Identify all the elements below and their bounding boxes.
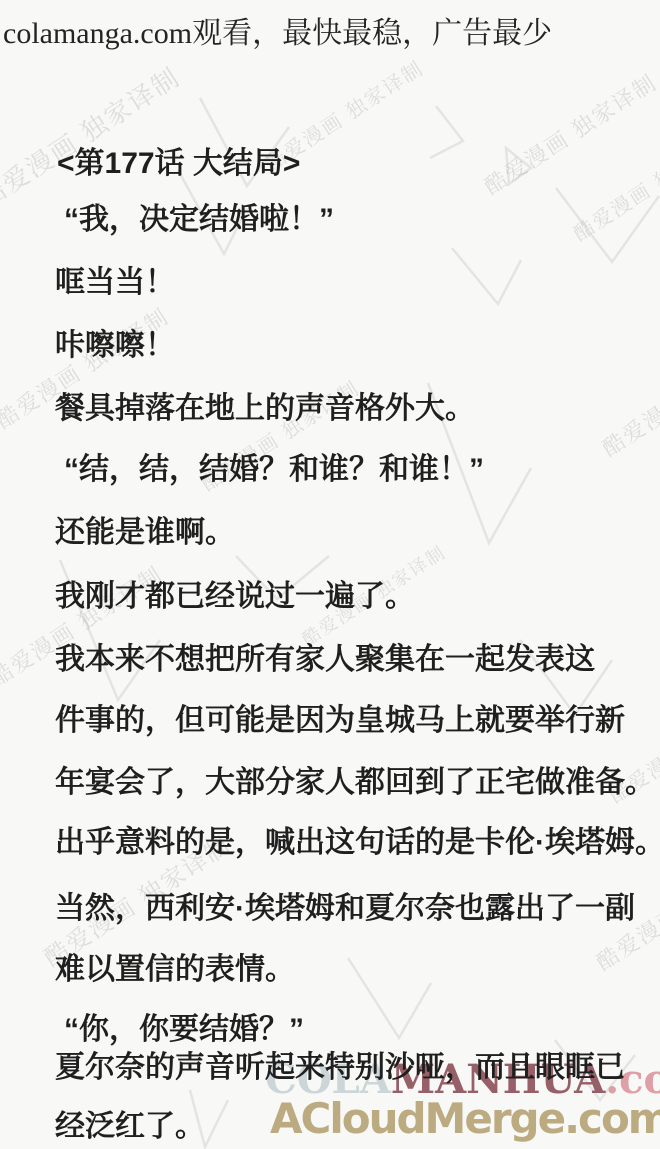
acloudmerge-watermark: ACloudMerge.com xyxy=(270,1098,660,1140)
text-line: 年宴会了，大部分家人都回到了正宅做准备。 xyxy=(55,766,655,800)
text-line: “你，你要结婚？” xyxy=(64,1013,304,1047)
text-line: 难以置信的表情。 xyxy=(55,953,295,987)
text-line: 经泛红了。 xyxy=(55,1110,205,1144)
text-line: 餐具掉落在地上的声音格外大。 xyxy=(55,392,475,426)
text-line: 哐当当！ xyxy=(55,266,175,300)
chapter-title: <第177话 大结局> xyxy=(57,147,300,181)
text-line: “我，决定结婚啦！” xyxy=(64,203,334,237)
site-notice: colamanga.com观看，最快最稳，广告最少 xyxy=(3,16,552,52)
text-line: 件事的，但可能是因为皇城马上就要举行新 xyxy=(55,704,625,738)
text-line: “结，结，结婚？和谁？和谁！” xyxy=(64,453,484,487)
text-line: 我刚才都已经说过一遍了。 xyxy=(55,580,415,614)
text-line: 当然，西利安·埃塔姆和夏尔奈也露出了一副 xyxy=(55,892,635,926)
text-line: 我本来不想把所有家人聚集在一起发表这 xyxy=(55,643,595,677)
text-line: 出乎意料的是，喊出这句话的是卡伦·埃塔姆。 xyxy=(55,826,660,860)
text-line: 夏尔奈的声音听起来特别沙哑，而且眼眶已 xyxy=(55,1051,625,1085)
text-line: 咔嚓嚓！ xyxy=(55,329,175,363)
reader-page: 酷爱漫画 独家译制 酷爱漫画 独家译制 酷爱漫画 独家译制 酷爱漫画 独家译制 … xyxy=(0,0,660,1149)
text-line: 还能是谁啊。 xyxy=(55,516,235,550)
